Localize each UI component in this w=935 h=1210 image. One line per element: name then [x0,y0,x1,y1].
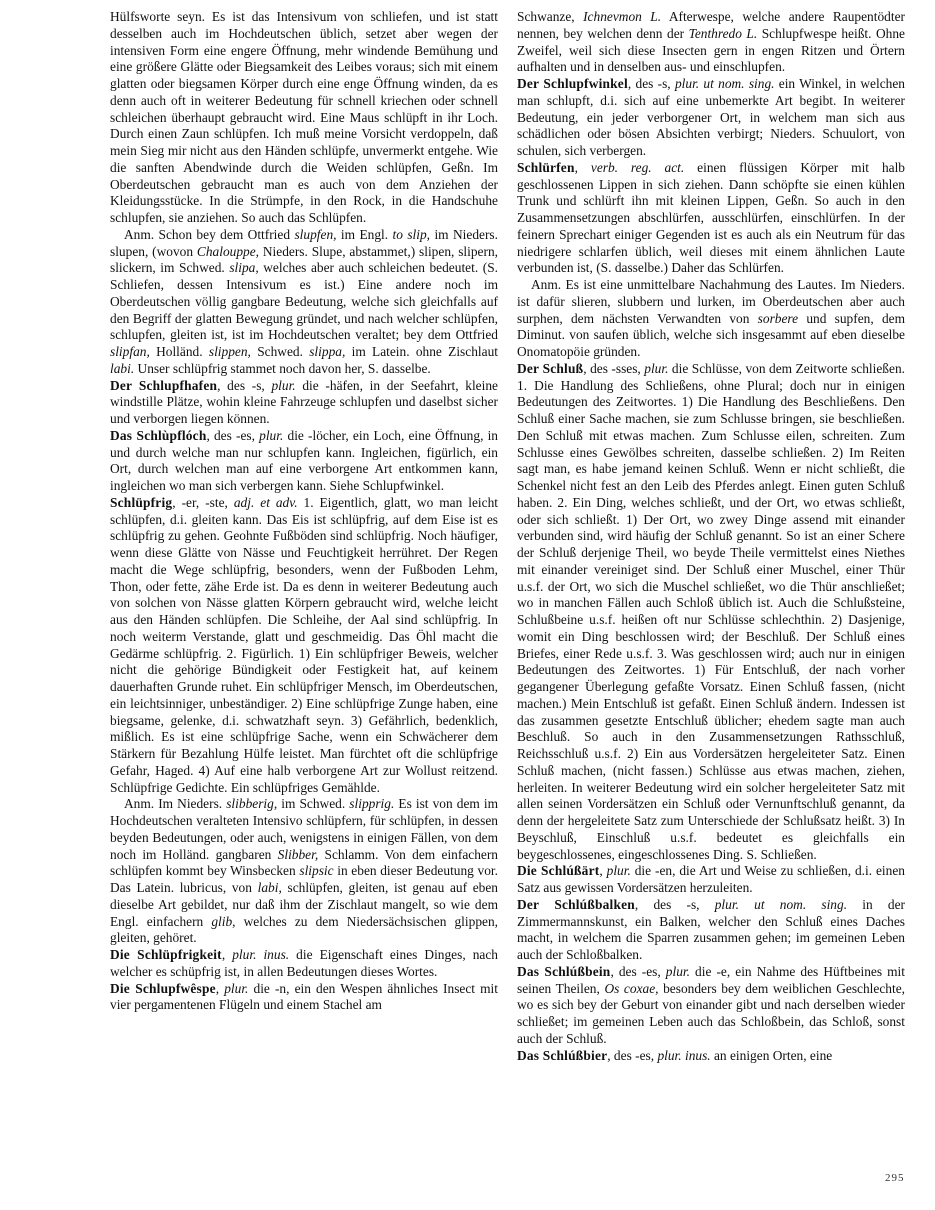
body-text: , [222,947,232,962]
annotation-paragraph: Anm. Schon bey dem Ottfried slupfen, im … [110,227,498,378]
italic-term: plur. ut nom. sing. [715,897,847,912]
headword: Der Schlupfhafen [110,378,217,393]
headword: Das Schlùpflóch [110,428,206,443]
italic-term: slipa, [229,260,258,275]
body-text: , des -s, [628,76,675,91]
italic-term: plur. [666,964,690,979]
dictionary-entry: Schlürfen, verb. reg. act. einen flüssig… [517,160,905,277]
headword: Schlürfen [517,160,575,175]
annotation-paragraph: Anm. Im Nieders. slibberig, im Schwed. s… [110,796,498,947]
italic-term: Tenthredo L. [689,26,758,41]
continued-paragraph: Schwanze, Ichnevmon L. Afterwespe, welch… [517,9,905,76]
italic-term: plur. [607,863,631,878]
body-text: , [599,863,606,878]
body-text: , des -es, [607,1048,657,1063]
body-text: , des -sses, [583,361,644,376]
body-text: Holländ. [150,344,209,359]
italic-term: adj. et adv. [234,495,298,510]
body-text: 1. Eigentlich, glatt, wo man leicht schl… [110,495,498,795]
italic-term: labi, [258,880,282,895]
italic-term: glib, [211,914,235,929]
body-text: , des -s, [217,378,271,393]
headword: Das Schlúßbein [517,964,610,979]
body-text: , -er, -ste, [172,495,234,510]
body-text: , [575,160,591,175]
italic-term: plur. inus. [232,947,289,962]
dictionary-entry: Das Schlùpflóch, des -es, plur. die -löc… [110,428,498,495]
headword: Die Schlupfwêspe [110,981,216,996]
body-text: Anm. Im Nieders. [124,796,226,811]
dictionary-entry: Die Schlúßärt, plur. die -en, die Art un… [517,863,905,897]
italic-term: slipprig. [349,796,394,811]
dictionary-entry: Die Schlupfwêspe, plur. die -n, ein den … [110,981,498,1015]
body-text: , des -es, [610,964,665,979]
italic-term: plur. [271,378,295,393]
italic-term: plur. inus. [657,1048,710,1063]
italic-term: verb. reg. act. [591,160,684,175]
right-column: Schwanze, Ichnevmon L. Afterwespe, welch… [517,9,905,1064]
italic-term: sorbere [758,311,798,326]
left-column: Hülfsworte seyn. Es ist das Intensivum v… [110,9,498,1014]
dictionary-entry: Der Schlupfwinkel, des -s, plur. ut nom.… [517,76,905,160]
body-text: , des -es, [206,428,259,443]
dictionary-entry: Der Schlupfhafen, des -s, plur. die -häf… [110,378,498,428]
italic-term: slippa, [309,344,345,359]
dictionary-entry: Das Schlúßbier, des -es, plur. inus. an … [517,1048,905,1065]
body-text: einen flüssigen Körper mit halb geschlos… [517,160,905,276]
body-text: im Latein. ohne Zischlaut [345,344,498,359]
italic-term: Ichnevmon L. [583,9,661,24]
italic-term: slipsic [299,863,333,878]
body-text: im Schwed. [277,796,349,811]
italic-term: to slip, [393,227,431,242]
italic-term: plur. [259,428,283,443]
dictionary-entry: Der Schlúßbalken, des -s, plur. ut nom. … [517,897,905,964]
italic-term: plur. ut nom. sing. [675,76,775,91]
headword: Die Schlúßärt [517,863,599,878]
italic-term: plur. [644,361,668,376]
page-number: 295 [885,1172,905,1184]
dictionary-entry: Schlüpfrig, -er, -ste, adj. et adv. 1. E… [110,495,498,797]
body-text: , [216,981,224,996]
continued-paragraph: Hülfsworte seyn. Es ist das Intensivum v… [110,9,498,227]
headword: Der Schlupfwinkel [517,76,628,91]
headword: Der Schluß [517,361,583,376]
italic-term: slipfan, [110,344,150,359]
dictionary-entry: Der Schluß, des -sses, plur. die Schlüss… [517,361,905,864]
body-text: im Engl. [336,227,392,242]
body-text: Schwed. [251,344,309,359]
body-text: Anm. Schon bey dem Ottfried [124,227,294,242]
headword: Der Schlúßbalken [517,897,635,912]
body-text: Unser schlüpfrig stammet noch davon her,… [134,361,431,376]
italic-term: Chalouppe, [197,244,259,259]
italic-term: labi. [110,361,134,376]
body-text: , des -s, [635,897,715,912]
body-text: Hülfsworte seyn. Es ist das Intensivum v… [110,9,498,225]
annotation-paragraph: Anm. Es ist eine unmittelbare Nachahmung… [517,277,905,361]
headword: Schlüpfrig [110,495,172,510]
italic-term: plur. [224,981,248,996]
body-text: an einigen Orten, eine [711,1048,833,1063]
italic-term: slippen, [209,344,251,359]
body-text: Schwanze, [517,9,583,24]
italic-term: Slibber, [278,847,319,862]
dictionary-entry: Das Schlúßbein, des -es, plur. die -e, e… [517,964,905,1048]
italic-term: slupfen, [294,227,336,242]
headword: Das Schlúßbier [517,1048,607,1063]
dictionary-entry: Die Schlüpfrigkeit, plur. inus. die Eige… [110,947,498,981]
headword: Die Schlüpfrigkeit [110,947,222,962]
body-text: die Schlüsse, von dem Zeitworte schließe… [517,361,905,862]
italic-term: Os coxae, [604,981,658,996]
italic-term: slibberig, [226,796,277,811]
